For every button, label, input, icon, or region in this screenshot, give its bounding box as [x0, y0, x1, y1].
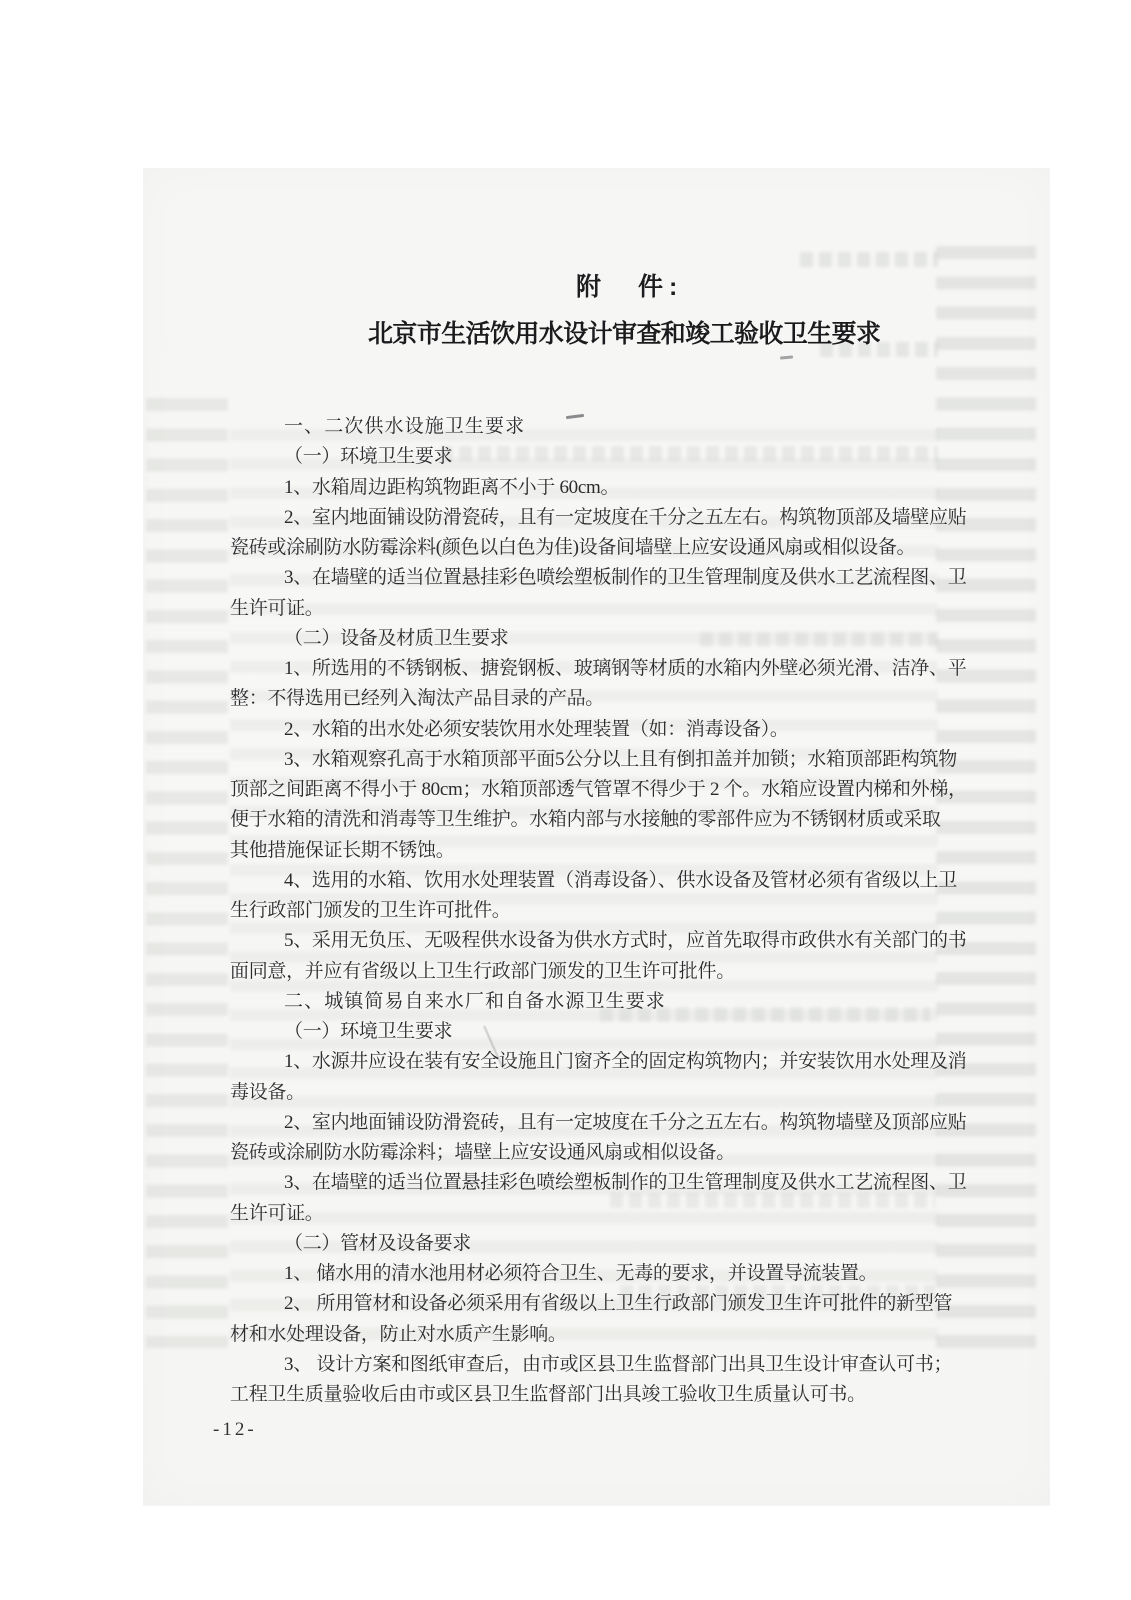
document-title: 北京市生活饮用水设计审查和竣工验收卫生要求: [368, 317, 880, 351]
body-line: 3、在墙壁的适当位置悬挂彩色喷绘塑板制作的卫生管理制度及供水工艺流程图、卫: [230, 563, 944, 593]
body-line: 1、水箱周边距构筑物距离不小于 60cm。: [230, 473, 944, 503]
body-line: 其他措施保证长期不锈蚀。: [230, 836, 944, 866]
body-line: 2、 所用管材和设备必须采用有省级以上卫生行政部门颁发卫生许可批件的新型管: [230, 1289, 944, 1319]
body-line: 2、室内地面铺设防滑瓷砖，且有一定坡度在千分之五左右。构筑物顶部及墙壁应贴: [230, 503, 944, 533]
body-line: 工程卫生质量验收后由市或区县卫生监督部门出具竣工验收卫生质量认可书。: [230, 1380, 944, 1410]
body-line: 3、水箱观察孔高于水箱顶部平面5公分以上且有倒扣盖并加锁；水箱顶部距构筑物: [230, 745, 944, 775]
body-line: 2、水箱的出水处必须安装饮用水处理装置（如：消毒设备）。: [230, 715, 944, 745]
body-line: 面同意，并应有省级以上卫生行政部门颁发的卫生许可批件。: [230, 957, 944, 987]
body-line: 3、在墙壁的适当位置悬挂彩色喷绘塑板制作的卫生管理制度及供水工艺流程图、卫: [230, 1168, 944, 1198]
body-line: 4、选用的水箱、饮用水处理装置（消毒设备）、供水设备及管材必须有省级以上卫: [230, 866, 944, 896]
body-line: 便于水箱的清洗和消毒等卫生维护。水箱内部与水接触的零部件应为不锈钢材质或采取: [230, 805, 944, 835]
body-line: 1、水源井应设在装有安全设施且门窗齐全的固定构筑物内；并安装饮用水处理及消: [230, 1047, 944, 1077]
section-heading: 二、城镇简易自来水厂和自备水源卫生要求: [230, 987, 944, 1017]
subsection-heading: （一）环境卫生要求: [230, 442, 944, 472]
body-line: 顶部之间距离不得小于 80cm；水箱顶部透气管罩不得少于 2 个。水箱应设置内梯…: [230, 775, 944, 805]
subsection-heading: （二）设备及材质卫生要求: [230, 624, 944, 654]
body-line: 瓷砖或涂刷防水防霉涂料；墙壁上应安设通风扇或相似设备。: [230, 1138, 944, 1168]
body-line: 整：不得选用已经列入淘汰产品目录的产品。: [230, 684, 944, 714]
body-line: 瓷砖或涂刷防水防霉涂料(颜色以白色为佳)设备间墙壁上应安设通风扇或相似设备。: [230, 533, 944, 563]
body-line: 材和水处理设备，防止对水质产生影响。: [230, 1320, 944, 1350]
body-line: 1、 储水用的清水池用材必须符合卫生、无毒的要求，并设置导流装置。: [230, 1259, 944, 1289]
body-line: 生许可证。: [230, 594, 944, 624]
body-line: 生许可证。: [230, 1199, 944, 1229]
subsection-heading: （二）管材及设备要求: [230, 1229, 944, 1259]
scanned-document-page: 附 件: 北京市生活饮用水设计审查和竣工验收卫生要求 一、二次供水设施卫生要求 …: [0, 0, 1131, 1600]
page-number: -12-: [213, 1419, 257, 1441]
body-line: 3、 设计方案和图纸审查后，由市或区县卫生监督部门出具卫生设计审查认可书；: [230, 1350, 944, 1380]
body-line: 毒设备。: [230, 1078, 944, 1108]
document-body: 一、二次供水设施卫生要求 （一）环境卫生要求 1、水箱周边距构筑物距离不小于 6…: [230, 412, 944, 1410]
body-line: 1、所选用的不锈钢板、搪瓷钢板、玻璃钢等材质的水箱内外壁必须光滑、洁净、平: [230, 654, 944, 684]
attachment-label: 附 件:: [576, 271, 683, 303]
section-heading: 一、二次供水设施卫生要求: [230, 412, 944, 442]
body-line: 生行政部门颁发的卫生许可批件。: [230, 896, 944, 926]
body-line: 2、室内地面铺设防滑瓷砖，且有一定坡度在千分之五左右。构筑物墙壁及顶部应贴: [230, 1108, 944, 1138]
subsection-heading: （一）环境卫生要求: [230, 1017, 944, 1047]
body-line: 5、采用无负压、无吸程供水设备为供水方式时，应首先取得市政供水有关部门的书: [230, 926, 944, 956]
